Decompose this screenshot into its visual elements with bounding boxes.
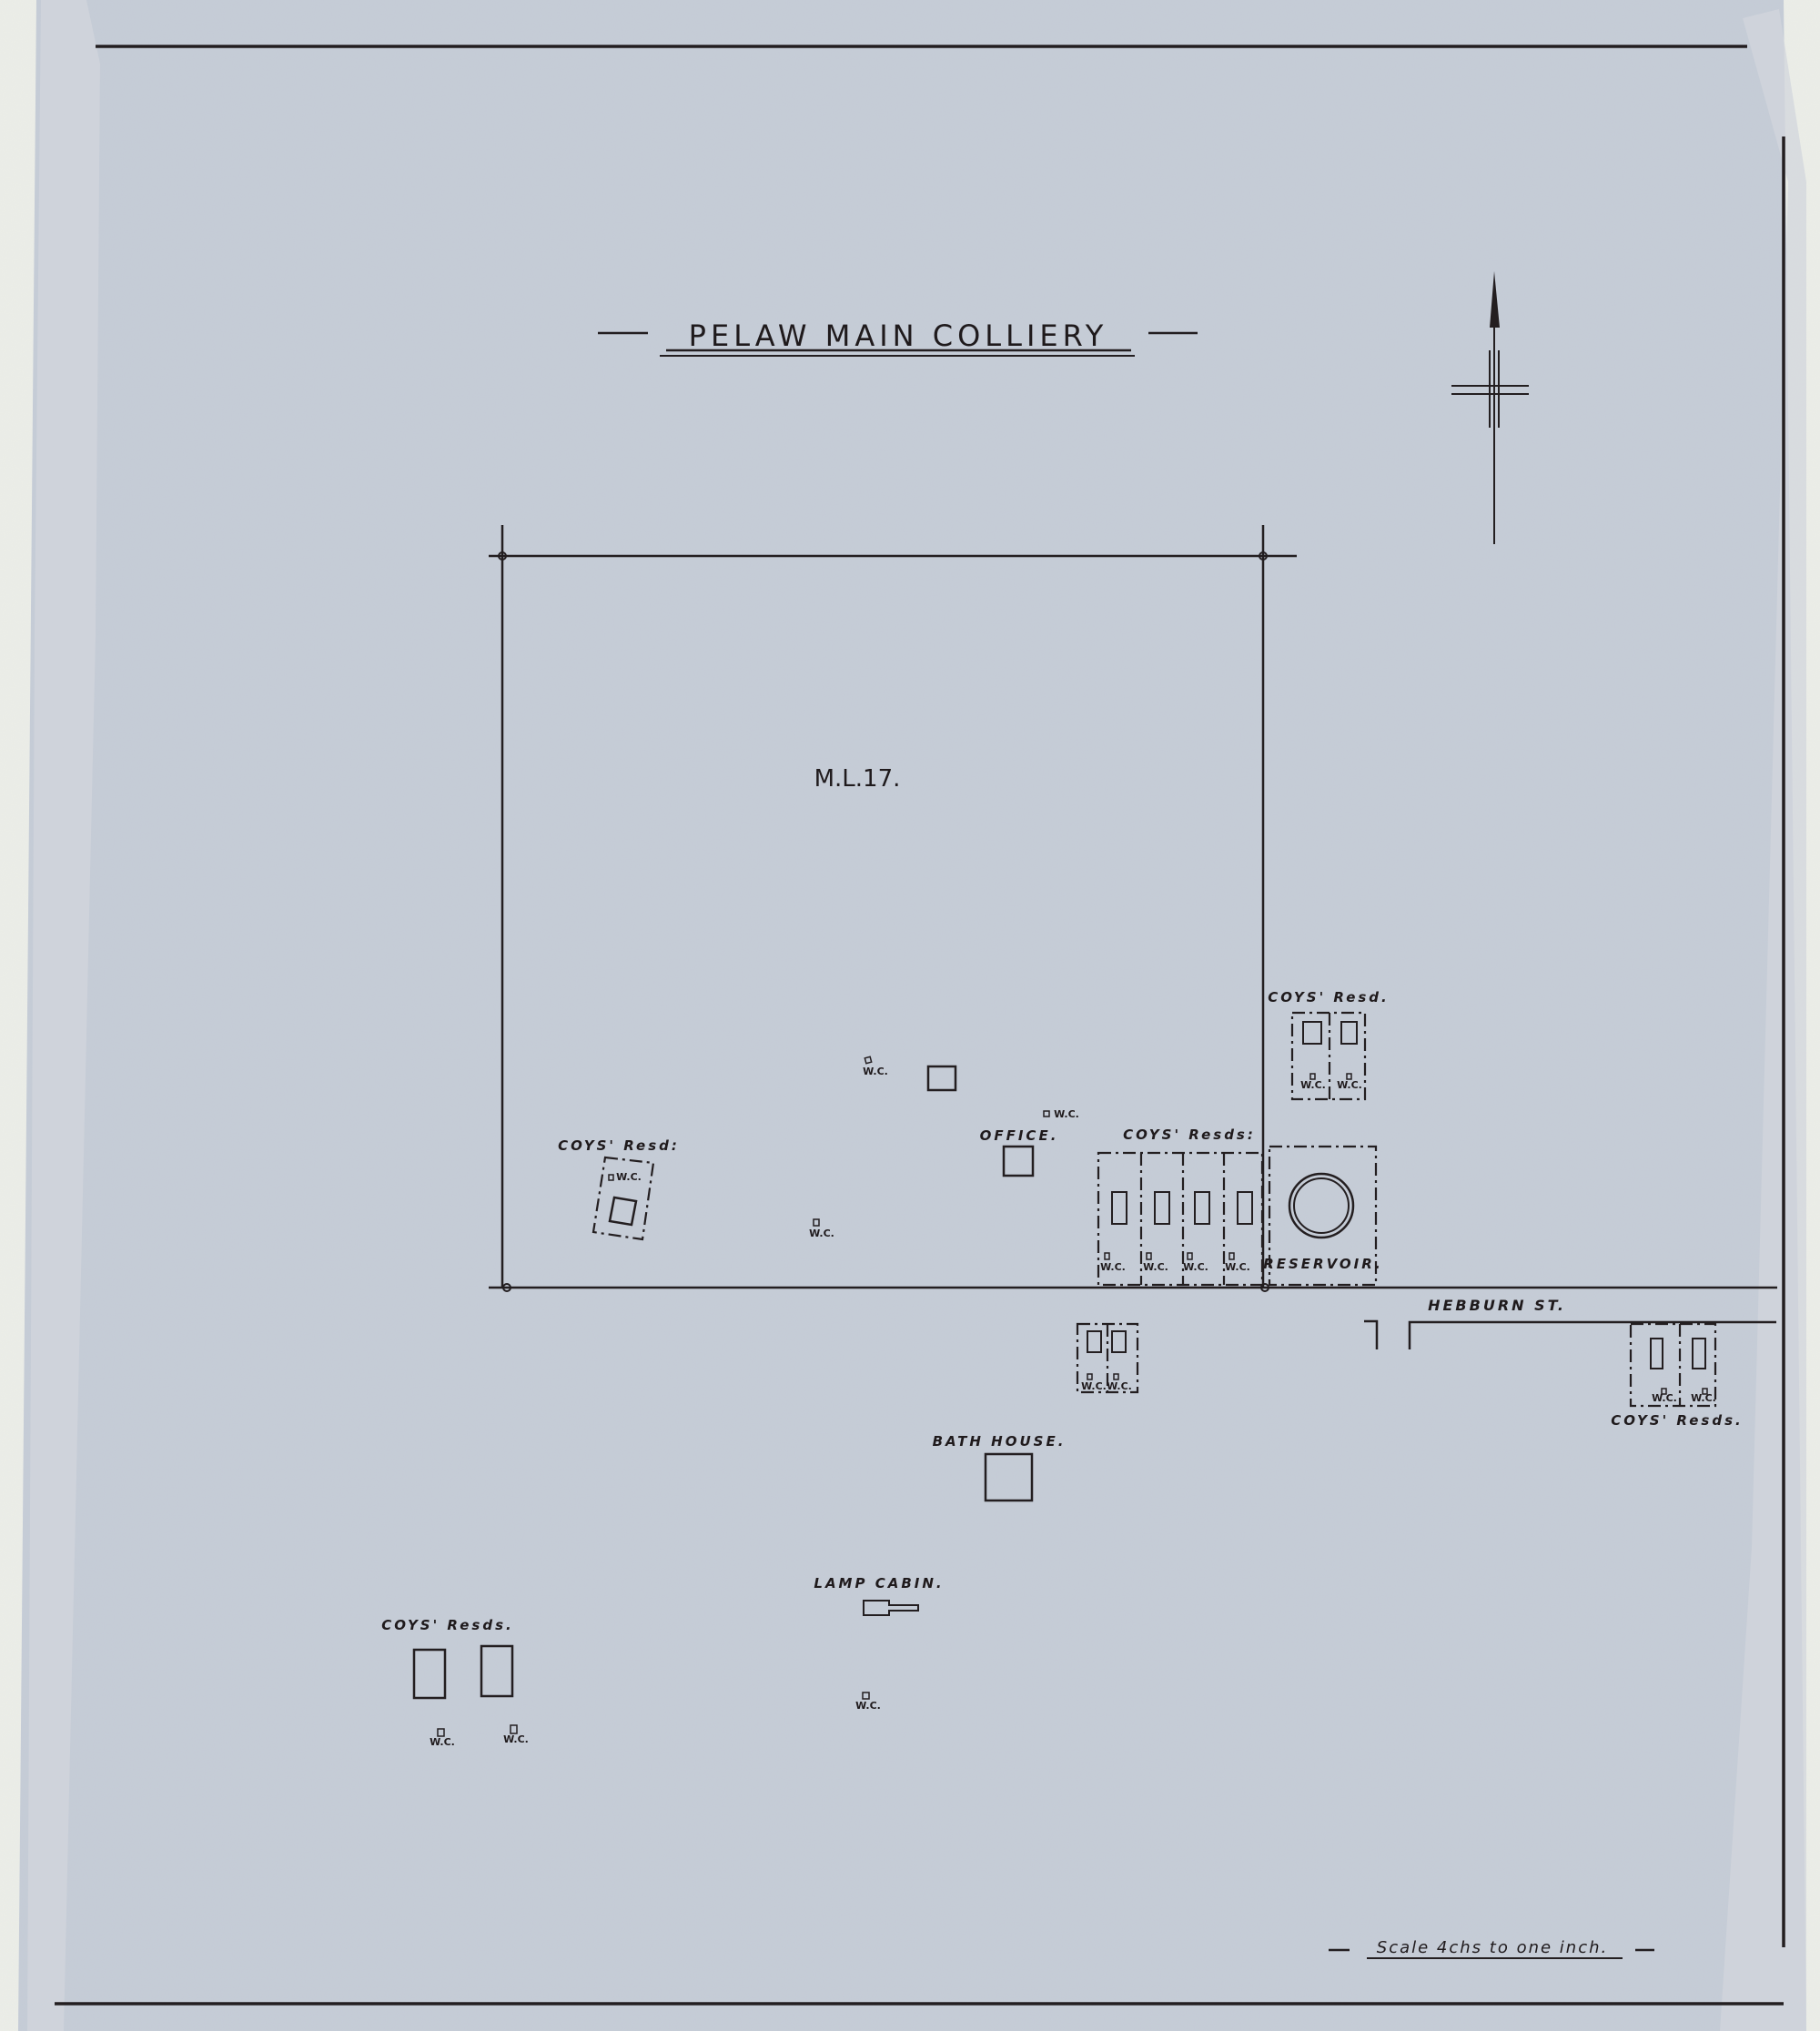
svg-text:LAMP CABIN.: LAMP CABIN.: [814, 1575, 944, 1591]
paper-texture: [0, 0, 1820, 2031]
svg-text:W.C.: W.C.: [1225, 1261, 1250, 1273]
svg-text:W.C.: W.C.: [1183, 1261, 1208, 1273]
svg-text:W.C.: W.C.: [855, 1700, 881, 1712]
svg-text:COYS' Resd:: COYS' Resd:: [558, 1137, 680, 1154]
svg-text:W.C.: W.C.: [1081, 1380, 1107, 1392]
scale-note: Scale 4chs to one inch.: [1329, 1938, 1654, 1958]
svg-text:W.C.: W.C.: [1100, 1261, 1126, 1273]
svg-text:COYS' Resds.: COYS' Resds.: [381, 1617, 513, 1633]
svg-text:W.C.: W.C.: [616, 1171, 642, 1183]
svg-text:COYS' Resd.: COYS' Resd.: [1268, 989, 1390, 1005]
svg-text:W.C.: W.C.: [1337, 1079, 1362, 1091]
map-title: PELAW MAIN COLLIERY: [598, 318, 1198, 356]
svg-text:W.C.: W.C.: [1300, 1079, 1326, 1091]
svg-text:W.C.: W.C.: [1143, 1261, 1168, 1273]
svg-text:COYS' Resds.: COYS' Resds.: [1611, 1412, 1743, 1429]
svg-text:W.C.: W.C.: [1054, 1108, 1079, 1120]
svg-text:HEBBURN ST.: HEBBURN ST.: [1428, 1297, 1566, 1314]
svg-text:W.C.: W.C.: [1107, 1380, 1132, 1392]
svg-text:RESERVOIR.: RESERVOIR.: [1263, 1256, 1383, 1272]
svg-text:W.C.: W.C.: [809, 1228, 834, 1239]
svg-text:W.C.: W.C.: [1652, 1392, 1677, 1404]
lease-label: M.L.17.: [814, 765, 901, 793]
svg-text:BATH HOUSE.: BATH HOUSE.: [933, 1433, 1067, 1450]
svg-text:PELAW MAIN COLLIERY: PELAW MAIN COLLIERY: [689, 318, 1108, 353]
map-sheet: PELAW MAIN COLLIERY M.L.17. COYS' Resd. …: [0, 0, 1820, 2031]
svg-text:W.C.: W.C.: [503, 1733, 529, 1745]
svg-text:Scale 4chs to one inch.: Scale 4chs to one inch.: [1377, 1938, 1608, 1957]
svg-text:W.C.: W.C.: [430, 1736, 455, 1748]
svg-text:W.C.: W.C.: [863, 1066, 888, 1077]
svg-text:OFFICE.: OFFICE.: [980, 1127, 1059, 1144]
svg-text:W.C.: W.C.: [1691, 1392, 1716, 1404]
svg-text:COYS' Resds:: COYS' Resds:: [1123, 1127, 1256, 1143]
